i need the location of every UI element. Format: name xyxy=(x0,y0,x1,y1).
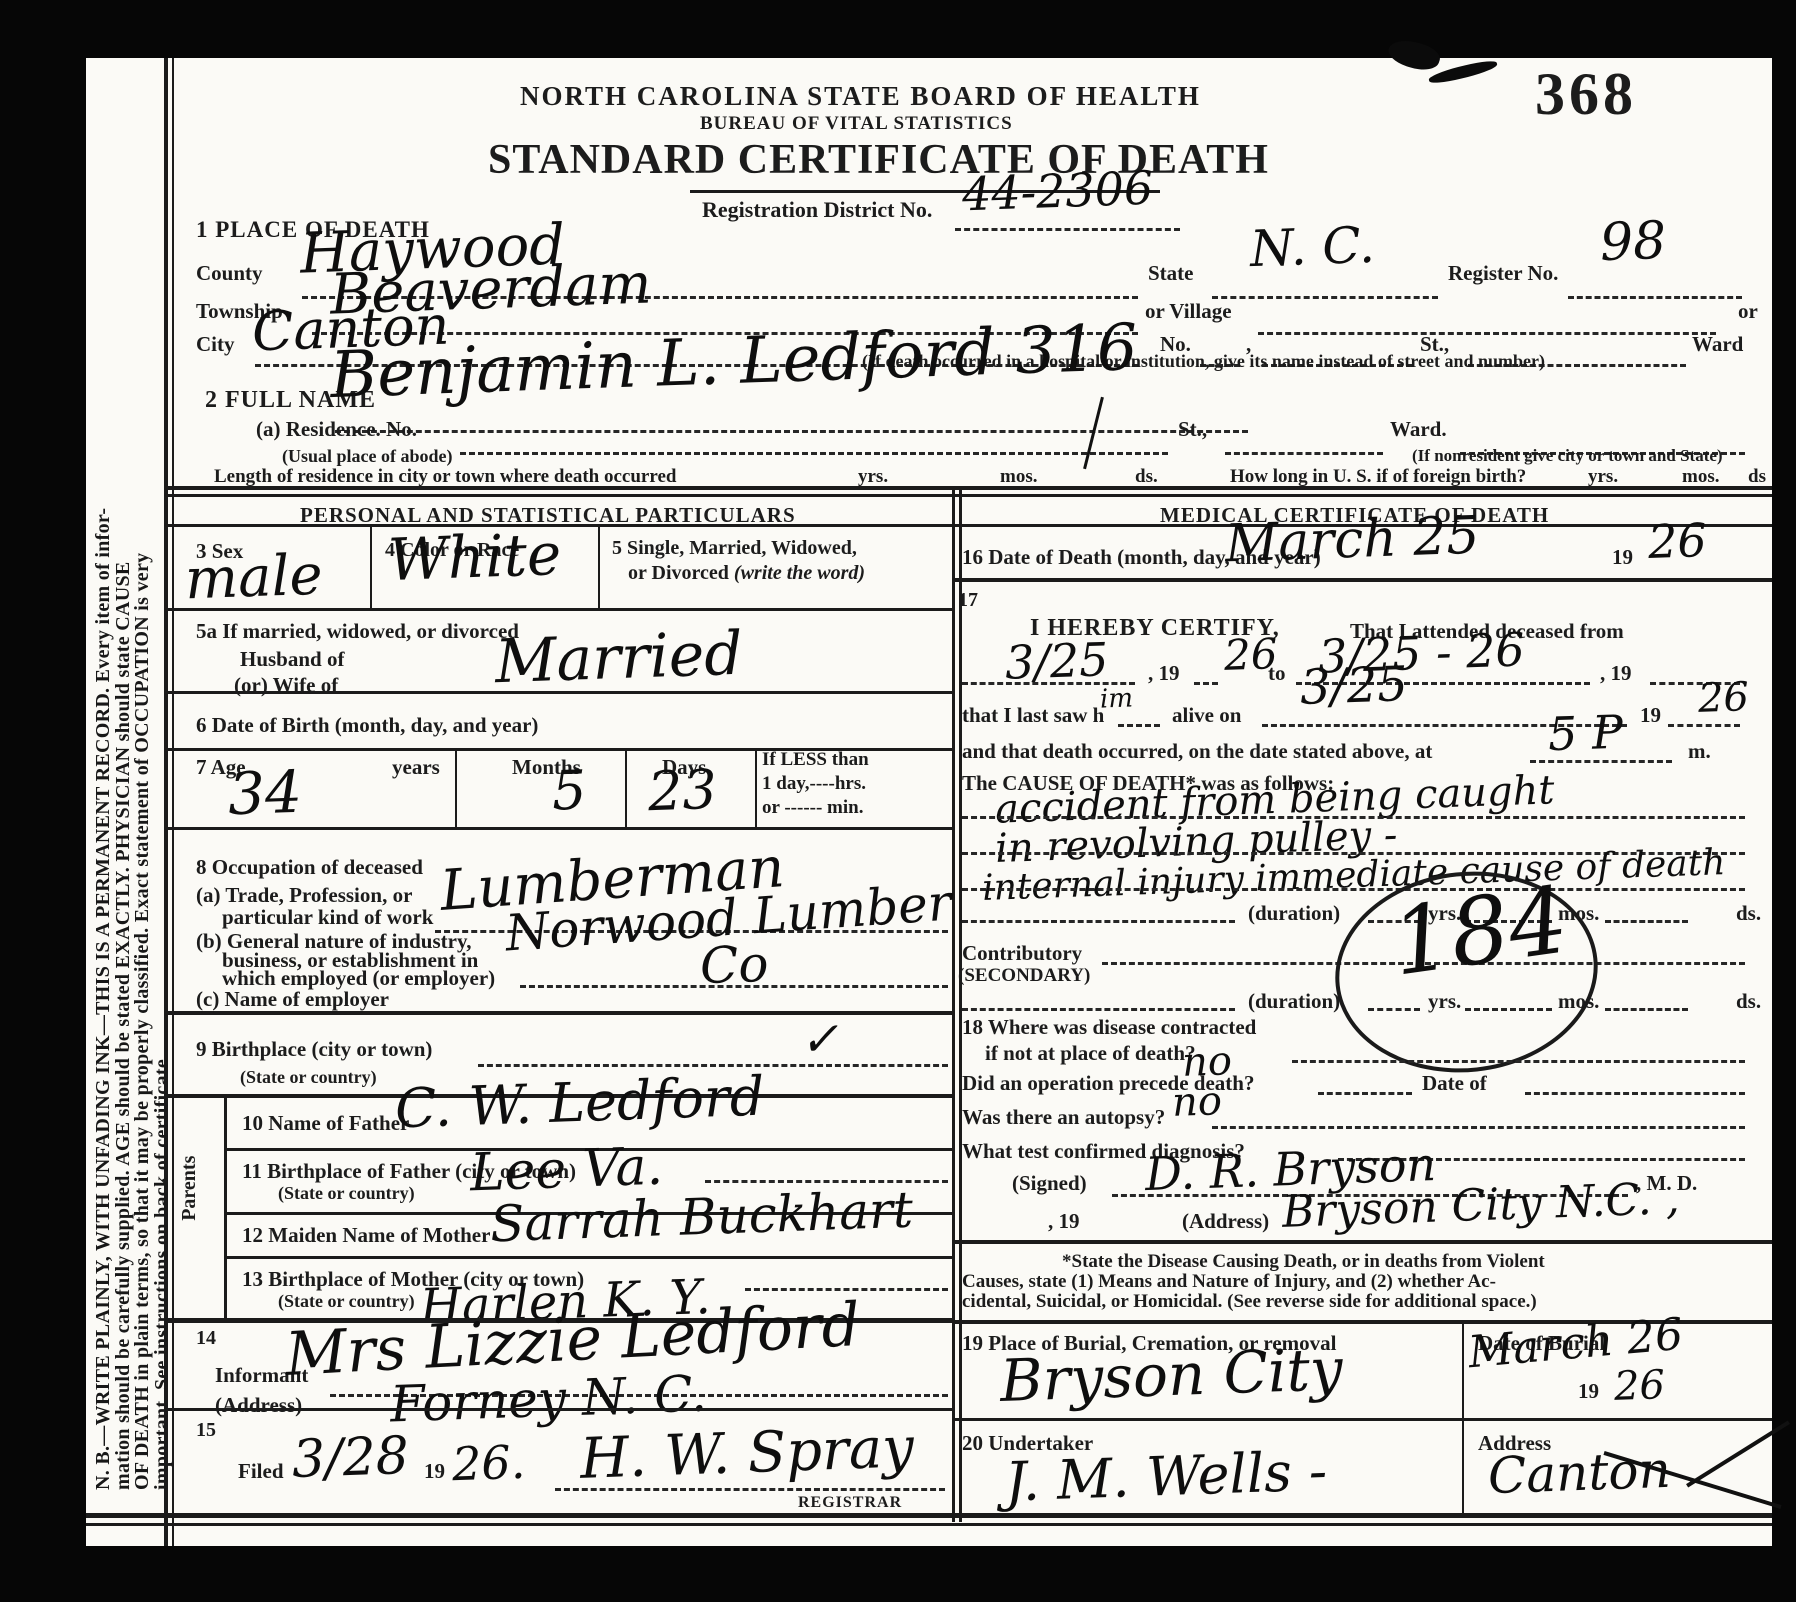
mos-label: mos. xyxy=(1000,467,1037,488)
last-saw-label: that I last saw h xyxy=(962,704,1104,727)
footnote-line-1: *State the Disease Causing Death, or in … xyxy=(1062,1252,1545,1273)
informant-address-value: Forney N. C. xyxy=(389,1368,707,1429)
circled-stamp-number: 184 xyxy=(1386,874,1573,990)
ward-label: Ward xyxy=(1692,333,1743,356)
death-m-label: m. xyxy=(1688,740,1711,763)
saw-19: 19 xyxy=(1640,704,1661,727)
register-no-label: Register No. xyxy=(1448,262,1558,285)
less-than-hrs: 1 day,----hrs. xyxy=(762,774,866,795)
residence-st-label: St., xyxy=(1178,418,1207,441)
informant-address-label: (Address) xyxy=(215,1394,302,1417)
burial-cell-divider xyxy=(1462,1320,1464,1513)
margin-line-4: important. See instructions on back of c… xyxy=(153,98,173,1490)
column-divider xyxy=(952,490,955,1522)
filed-year-value: 26. xyxy=(451,1439,526,1488)
certificate-number: 368 xyxy=(1535,62,1637,127)
autopsy-label: Was there an autopsy? xyxy=(962,1106,1165,1129)
last-saw-date-value: 3/25 xyxy=(1299,660,1408,712)
burial-19: 19 xyxy=(1578,1380,1599,1403)
or-label: or xyxy=(1738,300,1758,323)
birthplace-note: (State or country) xyxy=(240,1068,377,1087)
occupation-label: 8 Occupation of deceased xyxy=(196,856,423,879)
rule xyxy=(952,578,1772,582)
dod-year-value: 26 xyxy=(1647,517,1707,565)
column-divider xyxy=(959,490,962,1522)
registration-district-label: Registration District No. xyxy=(702,198,932,222)
dashed-line xyxy=(962,888,1745,891)
margin-instructions: N. B.—WRITE PLAINLY, WITH UNFADING INK—T… xyxy=(94,98,172,1490)
footnote-line-3: cidental, Suicidal, or Homicidal. (See r… xyxy=(962,1292,1537,1313)
undertaker-name-value: J. M. Wells - xyxy=(1004,1444,1328,1509)
dashed-line xyxy=(1225,452,1383,455)
city-label: City xyxy=(196,333,235,356)
marital-label: 5 Single, Married, Widowed, xyxy=(612,538,857,560)
state-value: N. C. xyxy=(1249,220,1375,274)
margin-line-3: OF DEATH in plain terms, so that it may … xyxy=(133,98,153,1490)
footnote-line-2: Causes, state (1) Means and Nature of In… xyxy=(962,1272,1496,1293)
industry-value-2: Co xyxy=(699,939,769,991)
physician-address-label: (Address) xyxy=(1182,1210,1269,1233)
registration-district-value: 44-2306 xyxy=(961,165,1154,218)
dashed-line xyxy=(955,228,1180,231)
marital-status-value: Married xyxy=(494,624,744,693)
rule xyxy=(952,1240,1772,1244)
dashed-line xyxy=(1605,1008,1688,1011)
length-residence-label: Length of residence in city or town wher… xyxy=(214,467,676,488)
registrar-signature: H. W. Spray xyxy=(579,1420,915,1488)
burial-year-value: 26 xyxy=(1613,1365,1665,1407)
abode-note: (Usual place of abode) xyxy=(282,447,453,466)
dashed-line xyxy=(1118,724,1160,727)
or-village-label: or Village xyxy=(1145,300,1232,323)
dashed-line xyxy=(460,452,1168,455)
to-label: to xyxy=(1268,662,1286,685)
duration-ds: ds. xyxy=(1736,902,1761,925)
parents-side-label: Parents xyxy=(179,1161,201,1221)
disease-contracted-label: 18 Where was disease contracted xyxy=(962,1016,1256,1039)
cell-divider xyxy=(598,524,600,608)
contributory-label: Contributory xyxy=(962,942,1082,965)
mother-name-label: 12 Maiden Name of Mother xyxy=(242,1224,490,1247)
register-no-value: 98 xyxy=(1599,215,1667,269)
date-of-label: Date of xyxy=(1422,1072,1487,1095)
burial-place-value: Bryson City xyxy=(999,1340,1343,1410)
marital-write-word: (write the word) xyxy=(734,562,865,584)
dashed-line xyxy=(1212,296,1438,299)
death-occurred-label: and that death occurred, on the date sta… xyxy=(962,740,1432,763)
rule xyxy=(168,494,1772,497)
cell-divider xyxy=(755,748,757,827)
rule xyxy=(168,691,952,694)
dashed-line xyxy=(1525,1092,1745,1095)
margin-line-1: N. B.—WRITE PLAINLY, WITH UNFADING INK—T… xyxy=(94,98,114,1490)
to-19: , 19 xyxy=(1600,662,1632,685)
5a-label: 5a If married, widowed, or divorced xyxy=(196,620,519,643)
rule xyxy=(86,1513,1772,1518)
secondary-label: (SECONDARY) xyxy=(958,966,1090,987)
death-time-value: 5 P xyxy=(1547,709,1623,758)
age-value: 34 xyxy=(227,763,303,824)
years-label: years xyxy=(392,756,440,779)
cell-divider xyxy=(455,748,457,827)
mother-name-value: Sarrah Buckhart xyxy=(489,1185,914,1250)
rule xyxy=(168,827,952,830)
dashed-line xyxy=(1292,1060,1745,1063)
parents-bracket xyxy=(224,1094,227,1318)
foreign-birth-label: How long in U. S. if of foreign birth? xyxy=(1230,467,1526,488)
filed-19: 19 xyxy=(424,1460,445,1483)
rule xyxy=(168,486,1772,490)
signed-label: (Signed) xyxy=(1012,1172,1087,1195)
less-than-label: If LESS than xyxy=(762,750,869,771)
rule xyxy=(224,1256,952,1259)
dashed-line xyxy=(1212,1126,1745,1129)
duration2-ds: ds. xyxy=(1736,990,1761,1013)
disease-contracted-label-2: if not at place of death? xyxy=(985,1042,1196,1065)
marital-or-divorced: or Divorced xyxy=(628,562,729,584)
operation-answer: no xyxy=(1181,1041,1232,1083)
bureau-subtitle: BUREAU OF VITAL STATISTICS xyxy=(700,114,1013,135)
mos-label: mos. xyxy=(1682,467,1719,488)
nonresident-note: (If nonresident give city or town and St… xyxy=(1412,447,1723,465)
informant-number: 14 xyxy=(196,1328,216,1350)
rule xyxy=(168,608,952,611)
item-17-number: 17 xyxy=(958,590,978,612)
employer-label: (c) Name of employer xyxy=(196,988,389,1011)
autopsy-answer: no xyxy=(1171,1081,1222,1123)
ds-label: ds xyxy=(1748,467,1766,488)
date-of-death-value: March 25 xyxy=(1224,510,1480,571)
months-value: 5 xyxy=(551,763,587,818)
ds-label: ds. xyxy=(1135,467,1158,488)
yrs-label: yrs. xyxy=(1588,467,1618,488)
dashed-line xyxy=(962,920,1235,923)
state-label: State xyxy=(1148,262,1194,285)
him-value: im xyxy=(1100,685,1134,712)
father-birthplace-note: (State or country) xyxy=(278,1184,415,1203)
rule xyxy=(168,1408,952,1411)
father-name-label: 10 Name of Father xyxy=(242,1112,409,1135)
county-label: County xyxy=(196,262,263,285)
from-19: , 19 xyxy=(1148,662,1180,685)
husband-of-label: Husband of xyxy=(240,648,344,671)
mother-birthplace-note: (State or country) xyxy=(278,1292,415,1311)
registrar-label: REGISTRAR xyxy=(798,1494,902,1511)
board-title: NORTH CAROLINA STATE BOARD OF HEALTH xyxy=(520,82,1201,111)
yrs-label: yrs. xyxy=(858,467,888,488)
birthplace-checkmark: ✓ xyxy=(799,1015,839,1062)
trade-label: (a) Trade, Profession, or xyxy=(196,884,412,907)
signed-19: , 19 xyxy=(1048,1210,1080,1233)
dashed-line xyxy=(1194,682,1218,685)
days-value: 23 xyxy=(647,763,718,819)
dashed-line xyxy=(1258,332,1716,335)
residence-ward-label: Ward. xyxy=(1390,418,1447,441)
cell-divider xyxy=(370,524,372,608)
marital-label-2: or Divorced (write the word) xyxy=(628,563,865,585)
duration2-label: (duration) xyxy=(1248,990,1340,1013)
dashed-line xyxy=(1668,724,1740,727)
duration-label: (duration) xyxy=(1248,902,1340,925)
undertaker-address-value: Canton xyxy=(1487,1445,1671,1501)
residence-label: (a) Residence. No. xyxy=(256,418,417,441)
dashed-line xyxy=(1568,296,1742,299)
sex-value: male xyxy=(184,548,323,609)
filed-date-value: 3/28 xyxy=(291,1430,410,1486)
filed-label: Filed xyxy=(238,1460,284,1483)
dashed-line xyxy=(1318,1092,1412,1095)
alive-on-label: alive on xyxy=(1172,704,1241,727)
birthplace-label: 9 Birthplace (city or town) xyxy=(196,1038,432,1061)
dashed-line xyxy=(335,430,1248,433)
rule xyxy=(952,1418,1772,1421)
dashed-line xyxy=(962,1008,1235,1011)
less-than-min: or ------ min. xyxy=(762,798,863,819)
saw-year-value: 26 xyxy=(1697,677,1749,719)
scanned-death-certificate: N. B.—WRITE PLAINLY, WITH UNFADING INK—T… xyxy=(0,0,1796,1602)
dashed-line xyxy=(1605,920,1688,923)
cell-divider xyxy=(625,748,627,827)
dod-19: 19 xyxy=(1612,546,1633,569)
filed-number: 15 xyxy=(196,1420,216,1442)
kind-of-work-label: particular kind of work xyxy=(222,906,433,929)
attended-from-value: 3/25 xyxy=(1004,636,1109,686)
rule xyxy=(86,1523,1772,1526)
date-of-birth-label: 6 Date of Birth (month, day, and year) xyxy=(196,714,538,737)
race-value: White xyxy=(387,525,562,589)
dashed-line xyxy=(1530,760,1672,763)
father-name-value: C. W. Ledford xyxy=(394,1070,765,1137)
